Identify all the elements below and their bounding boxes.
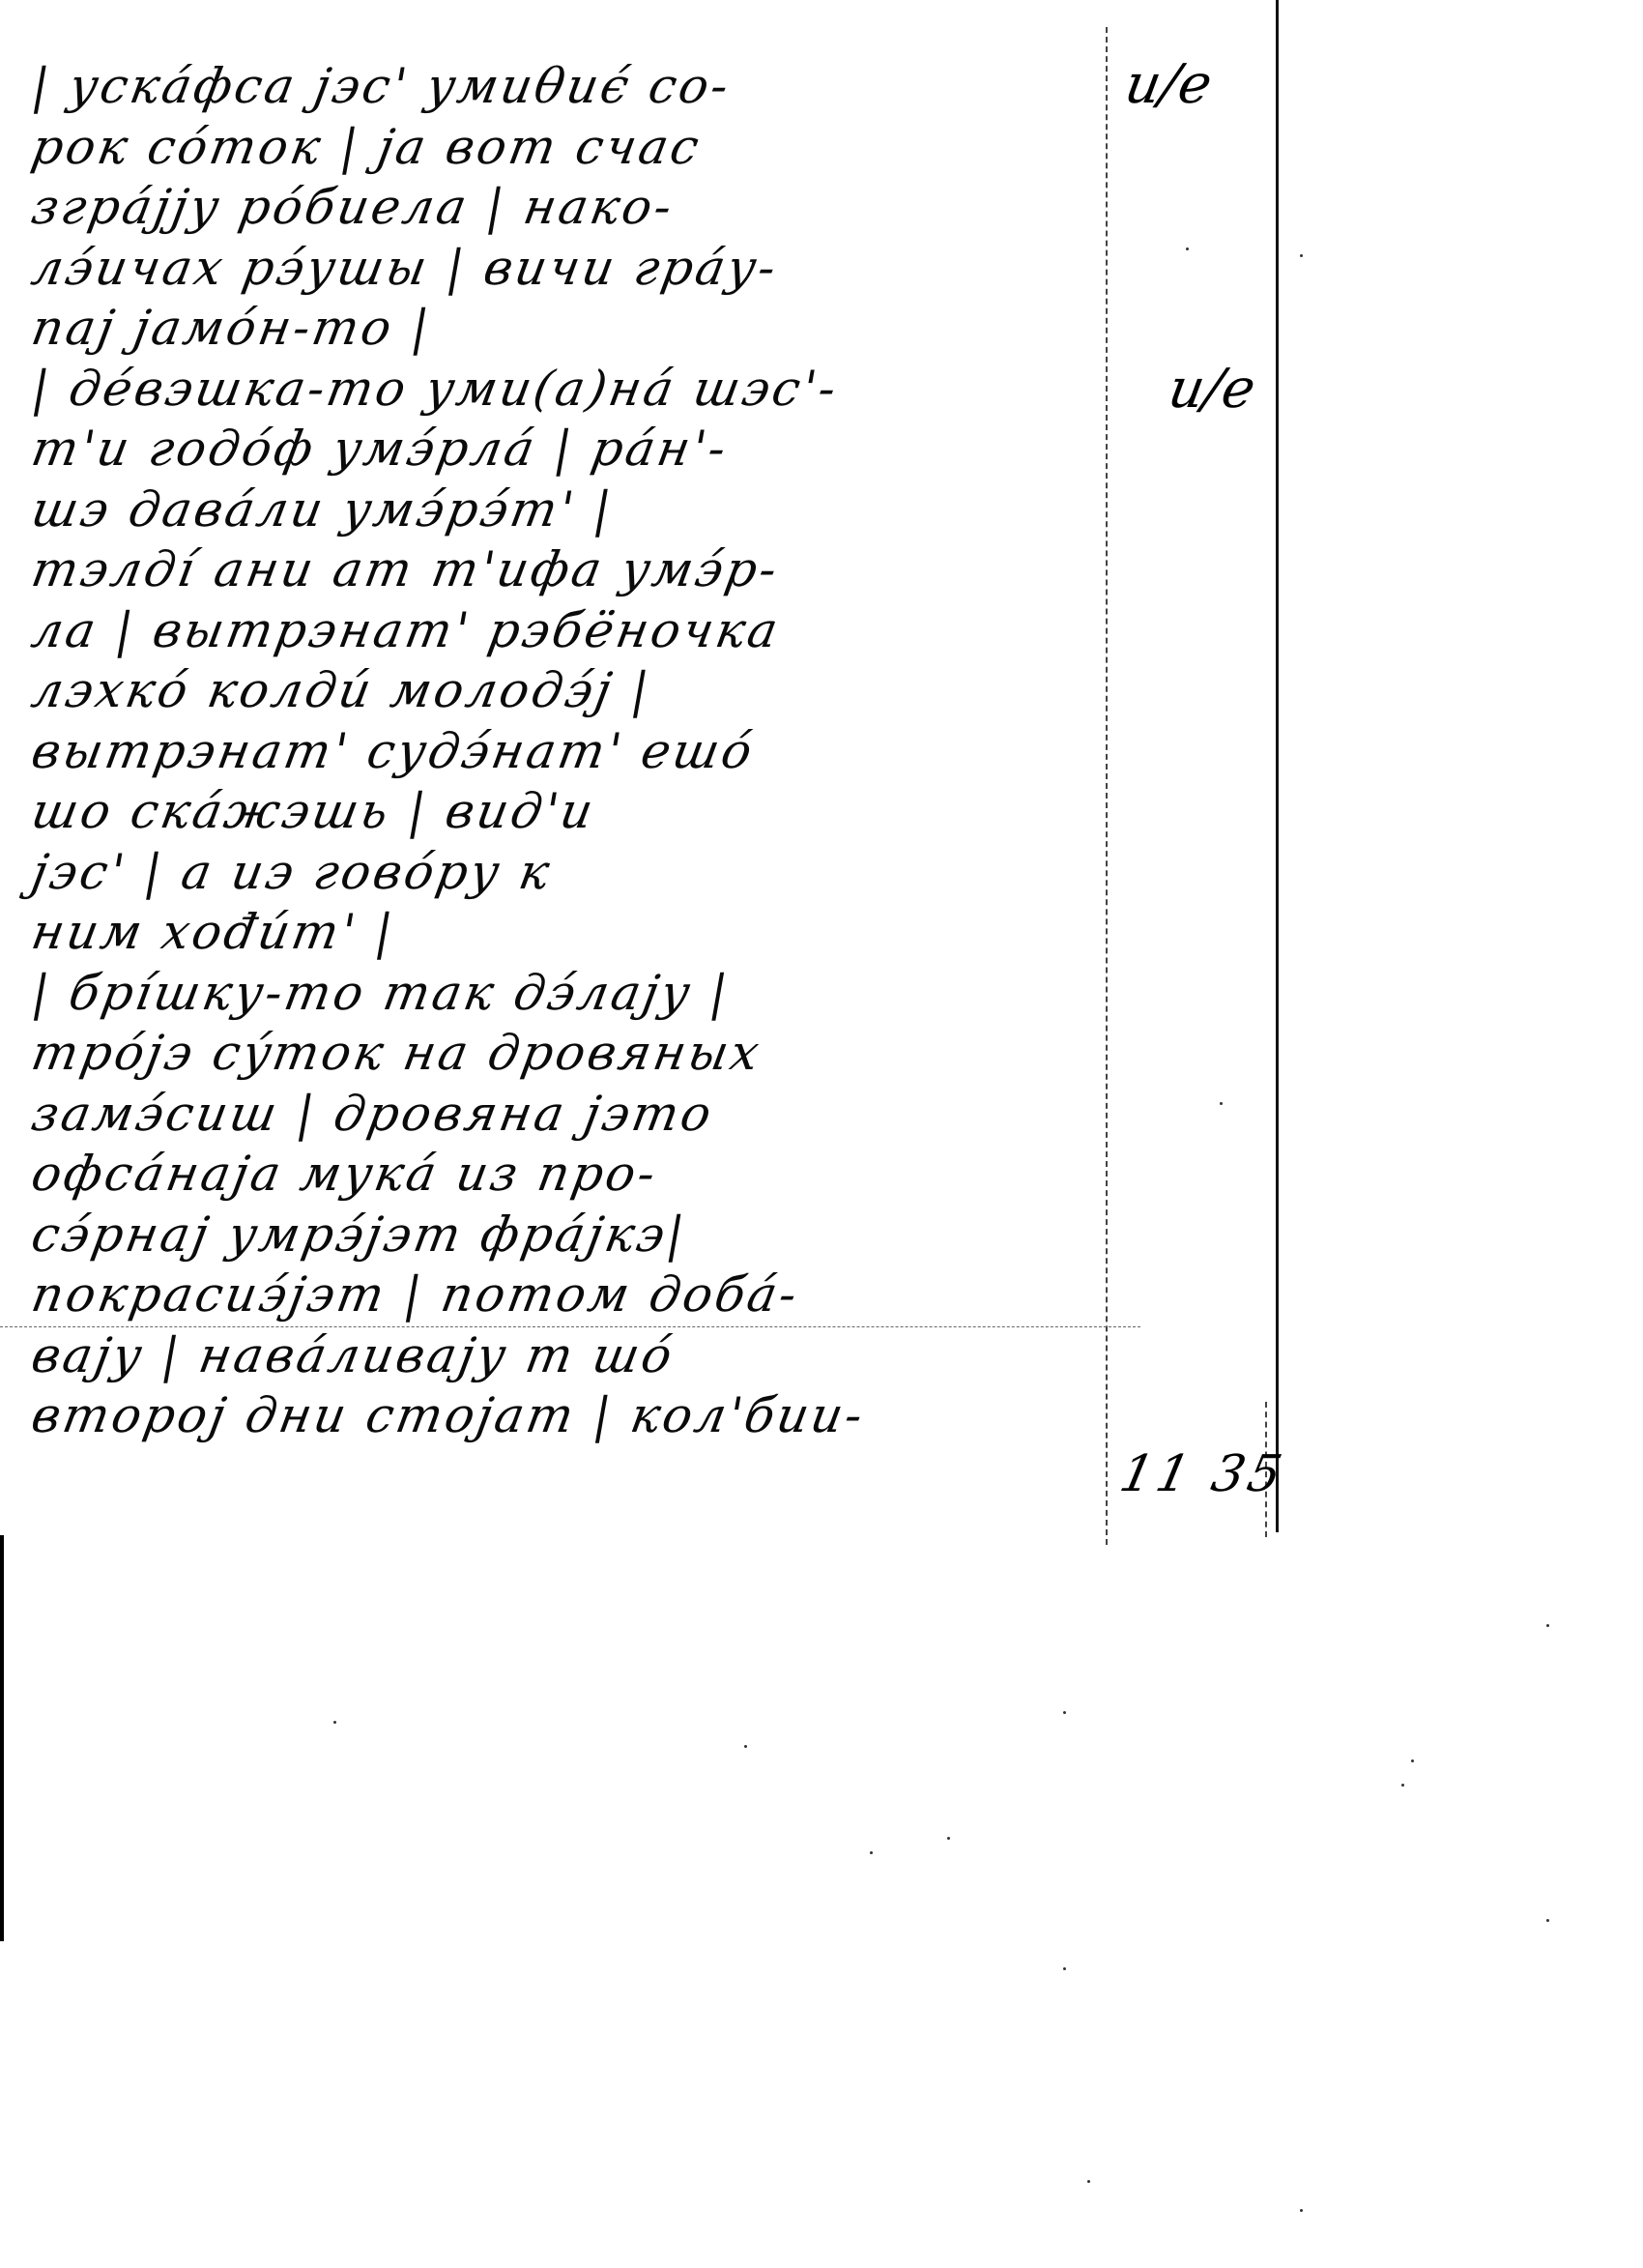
page-border-right <box>1276 0 1279 1532</box>
scan-edge-bar <box>0 1535 4 1941</box>
text-line: тэлдí ани ат т'ифа умэ́р- <box>27 539 1110 600</box>
scan-speck <box>947 1837 950 1840</box>
scan-speck <box>1186 247 1189 250</box>
scan-speck <box>1411 1759 1414 1762</box>
scan-speck <box>1300 254 1303 257</box>
scan-speck <box>744 1745 747 1748</box>
text-line: сэ́рнаj умрэ́јэт фрáјкэ| <box>27 1205 1110 1265</box>
text-line: шо скáжэшь | вид'и <box>27 781 1110 842</box>
text-line: трóјэ сýток на дровяных <box>27 1023 1110 1084</box>
scan-speck <box>1546 1919 1549 1922</box>
scan-speck <box>1063 1967 1066 1970</box>
text-line: замэ́сиш | дровяна јэто <box>27 1084 1110 1145</box>
scan-speck <box>870 1851 873 1854</box>
text-line: ним хоđúт' | <box>27 902 1110 963</box>
text-line: згрáјју рóбиела | накo- <box>27 177 1110 238</box>
text-line: рок сóток | ја вот счас <box>27 117 1110 178</box>
text-line: јэс' | а иэ говóру к <box>27 842 1110 903</box>
text-line: лэхко́ колдú молодэ́ј | <box>27 660 1110 721</box>
text-line: лэ́ичах рэ́ушы | вичи грáу- <box>27 238 1110 299</box>
scan-speck <box>1063 1711 1066 1714</box>
scanned-page: | ускáфса jэс' умиθиє́ со- рок сóток | ј… <box>0 0 1643 2268</box>
text-line: naj jамóн-то | <box>27 298 1110 359</box>
scan-speck <box>1546 1624 1549 1627</box>
scan-speck <box>1300 2209 1303 2212</box>
text-line: ла | вытрэнат' рэбёночка <box>27 600 1110 661</box>
text-line: | брíшку-то так дэ́лају | <box>27 963 1110 1024</box>
margin-note: u/e <box>1164 358 1260 421</box>
text-line: офсáнаја мукá из про- <box>27 1144 1110 1205</box>
scan-speck <box>1401 1784 1404 1787</box>
page-number: 11 35 <box>1115 1445 1291 1503</box>
text-line: второј дни стоjат | кол'бuu- <box>27 1385 1110 1446</box>
scan-speck <box>333 1721 336 1724</box>
text-line: т'и годóф умэ́рлá | рáн'- <box>27 419 1110 480</box>
text-line: шэ давáли умэ́рэ́т' | <box>27 480 1110 540</box>
handwritten-text-block: | ускáфса jэс' умиθиє́ со- рок сóток | ј… <box>27 56 1100 1446</box>
text-line: покрасиэ́јэт | потом добá- <box>27 1265 1110 1325</box>
scan-speck <box>1220 1102 1223 1105</box>
text-line: | дéвэшка-то уми(а)нá шэс'- <box>27 359 1110 420</box>
text-line: | ускáфса jэс' умиθиє́ со- <box>27 56 1110 117</box>
text-line: вају | навáливају т шо́ <box>27 1325 1110 1386</box>
text-line: вытрэнат' судэ́нат' ешо́ <box>27 721 1110 782</box>
scan-speck <box>1087 2180 1090 2183</box>
margin-note: u/e <box>1120 53 1217 116</box>
